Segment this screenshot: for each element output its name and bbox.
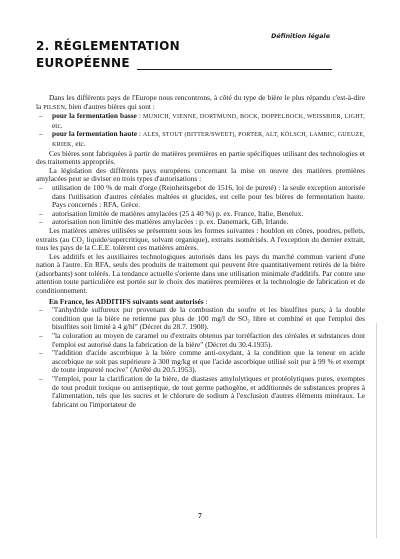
list-dash: – xyxy=(36,306,52,332)
additive-4-text: "l'emploi, pour la clarification de la b… xyxy=(52,375,365,409)
title-underline-rule xyxy=(137,69,332,70)
list-dash: – xyxy=(36,112,52,130)
section-title-line1: 2. RÉGLEMENTATION xyxy=(36,38,332,55)
list-item-additive-2: – "la coloration au moyen de caramel ou … xyxy=(36,332,365,349)
list-item-additive-1: – "l'anhydride sulfureux pur provenant d… xyxy=(36,306,365,332)
list-dash: – xyxy=(36,375,52,409)
list-dash: – xyxy=(36,130,52,149)
page-number: 7 xyxy=(0,511,400,520)
additive-1-text: "l'anhydride sulfureux pur provenant de … xyxy=(52,306,365,332)
list-item-additive-3: – "l'addition d'acide ascorbique à la bi… xyxy=(36,349,365,375)
paragraph-intro: Dans les différents pays de l'Europe nou… xyxy=(36,94,365,112)
additive-3-text: "l'addition d'acide ascorbique à la bièr… xyxy=(52,349,365,375)
section-title-line2: EUROPÉENNE xyxy=(36,55,130,72)
paragraph-additifs-marche-commun: Les additifs et les auxiliaires technolo… xyxy=(36,253,365,296)
fermentation-basse-lead: pour la fermentation basse xyxy=(52,111,137,120)
list-item-authorization-1: – utilisation de 100 % de malt d'orge (R… xyxy=(36,184,365,210)
authorization-1-text: utilisation de 100 % de malt d'orge (Rei… xyxy=(52,184,365,210)
paragraph-matieres-ameres: Les matières amères utilisées se présent… xyxy=(36,227,365,253)
intro-text-after: , bien d'autres bières qui sont : xyxy=(65,102,155,111)
paragraph-legislation: La législation des différents pays europ… xyxy=(36,167,365,184)
document-page: Définition légale 2. RÉGLEMENTATION EURO… xyxy=(0,0,400,559)
scan-edge-artifact xyxy=(376,323,377,538)
paragraph-fabrication: Ces bières sont fabriquées à partir de m… xyxy=(36,150,365,167)
body-text: Dans les différents pays de l'Europe nou… xyxy=(36,94,365,409)
list-item-fermentation-basse: – pour la fermentation basse : MUNICH, V… xyxy=(36,112,365,130)
list-dash: – xyxy=(36,349,52,375)
intro-pilsen-smallcaps: PILSEN xyxy=(43,105,65,111)
section-title: 2. RÉGLEMENTATION EUROPÉENNE xyxy=(36,38,332,72)
list-item-additive-4: – "l'emploi, pour la clarification de la… xyxy=(36,375,365,409)
fermentation-haute-tail: etc. xyxy=(73,139,85,148)
fermentation-basse-names: MUNICH, VIENNE, DORTMUND, BOCK, DOPPELBO… xyxy=(143,114,365,120)
additive-2-text: "la coloration au moyen de caramel ou d'… xyxy=(52,332,365,349)
list-item-fermentation-haute: – pour la fermentation haute : ALES, STO… xyxy=(36,130,365,149)
fermentation-haute-lead: pour la fermentation haute xyxy=(52,129,137,138)
list-dash: – xyxy=(36,332,52,349)
list-dash: – xyxy=(36,184,52,210)
